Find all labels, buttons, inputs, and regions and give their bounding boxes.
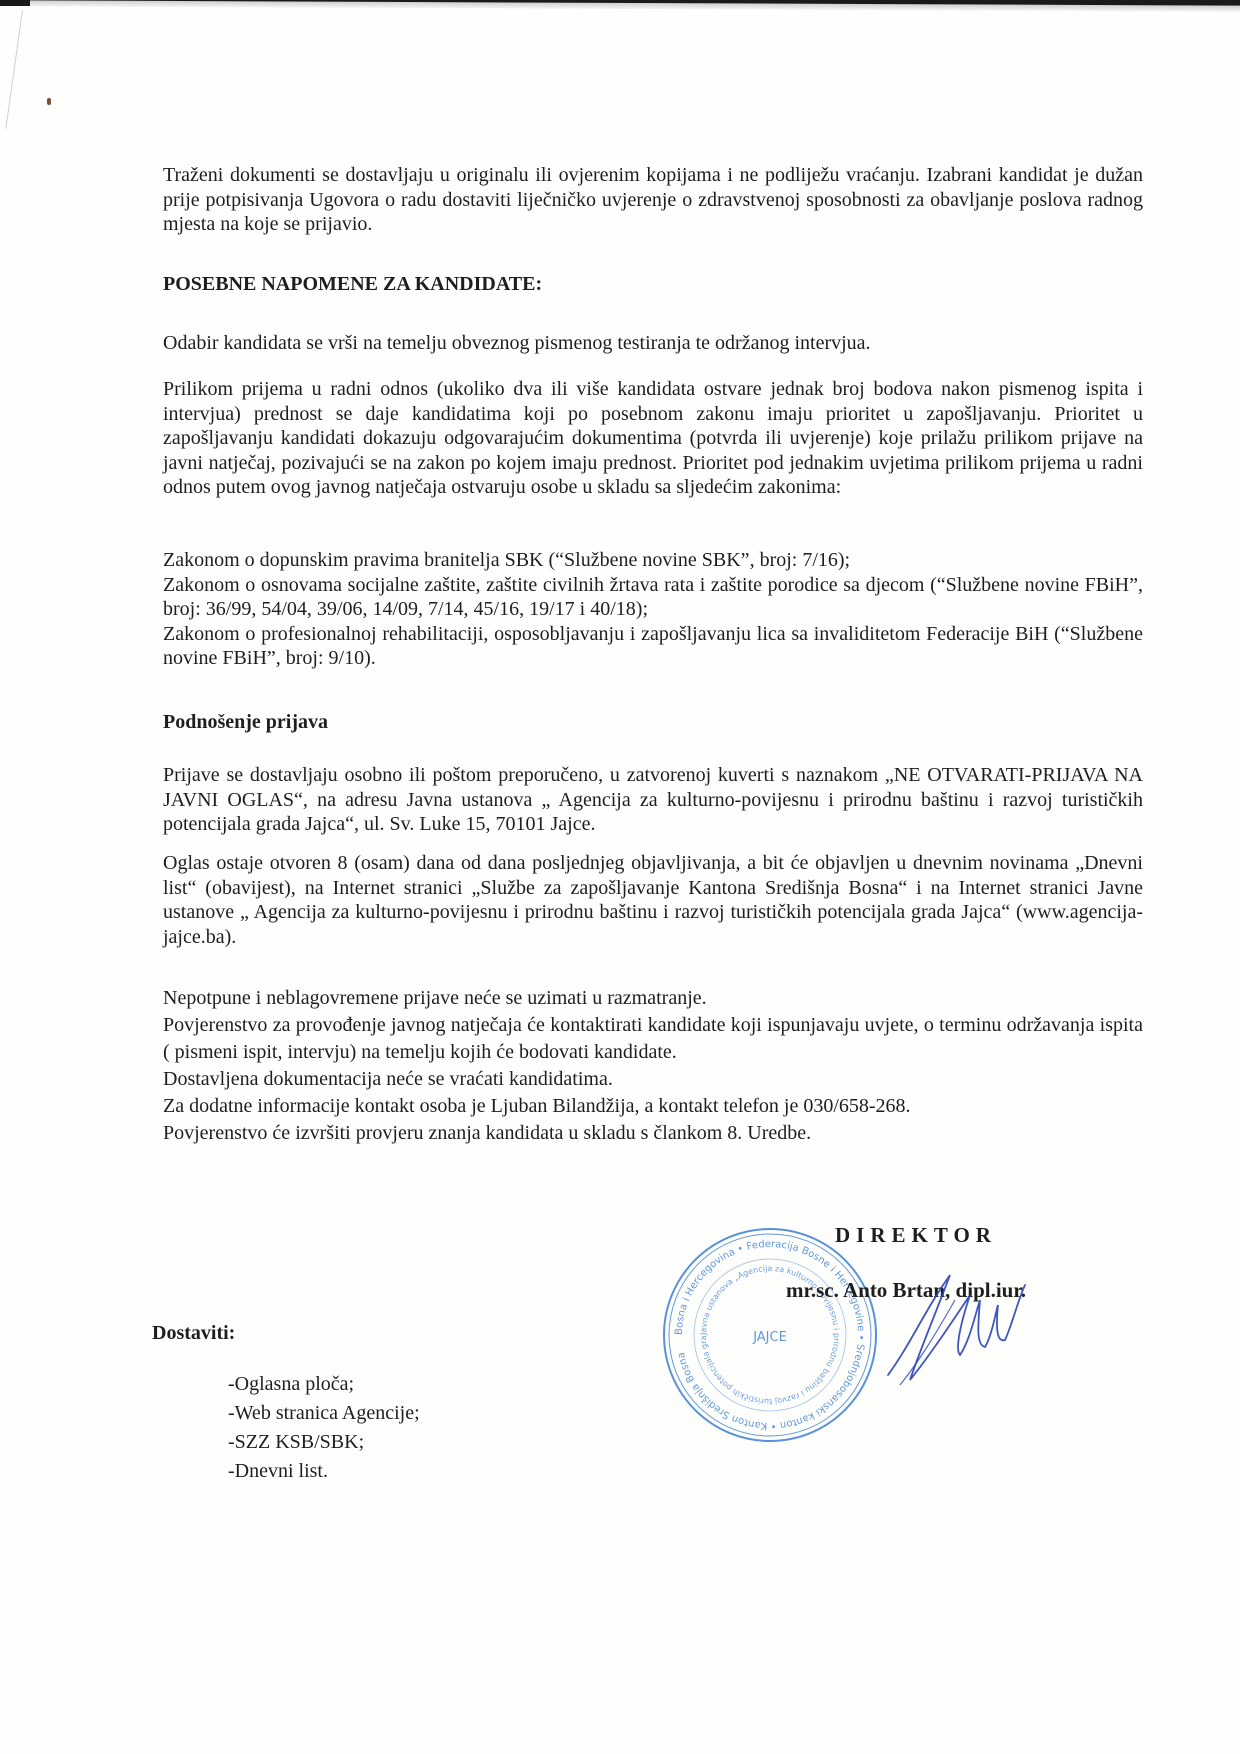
heading-submission: Podnošenje prijava [163, 710, 1143, 735]
closing-line: Povjerenstvo će izvršiti provjeru znanja… [163, 1120, 1143, 1147]
distribution-item: -SZZ KSB/SBK; [228, 1428, 420, 1457]
law-item: Zakonom o dopunskim pravima branitelja S… [163, 548, 1143, 573]
submission-paragraph: Prijave se dostavljaju osobno ili poštom… [163, 763, 1143, 837]
distribution-item: -Dnevni list. [228, 1457, 420, 1486]
official-stamp: Bosna i Hercegovina • Federacija Bosne i… [660, 1225, 880, 1445]
heading-special-notes: POSEBNE NAPOMENE ZA KANDIDATE: [163, 272, 1143, 297]
closing-line: Povjerenstvo za provođenje javnog natječ… [163, 1012, 1143, 1066]
handwritten-signature [880, 1255, 1030, 1405]
law-item: Zakonom o profesionalnoj rehabilitaciji,… [163, 622, 1143, 671]
intro-paragraph: Traženi dokumenti se dostavljaju u origi… [163, 163, 1143, 237]
distribution-item: -Web stranica Agencije; [228, 1399, 420, 1428]
priority-paragraph: Prilikom prijema u radni odnos (ukoliko … [163, 377, 1143, 500]
scan-speck [47, 98, 51, 105]
laws-list: Zakonom o dopunskim pravima branitelja S… [163, 548, 1143, 671]
closing-line: Dostavljena dokumentacija neće se vraćat… [163, 1066, 1143, 1093]
closing-line: Za dodatne informacije kontakt osoba je … [163, 1093, 1143, 1120]
scan-left-edge [5, 10, 23, 129]
stamp-center-text: JAJCE [752, 1330, 787, 1345]
distribution-list: -Oglasna ploča; -Web stranica Agencije; … [228, 1370, 420, 1486]
signatory-title: DIREKTOR [835, 1223, 997, 1248]
closing-notes: Nepotpune i neblagovremene prijave neće … [163, 985, 1143, 1147]
distribution-label: Dostaviti: [152, 1322, 235, 1345]
distribution-item: -Oglasna ploča; [228, 1370, 420, 1399]
duration-paragraph: Oglas ostaje otvoren 8 (osam) dana od da… [163, 851, 1143, 949]
law-item: Zakonom o osnovama socijalne zaštite, za… [163, 573, 1143, 622]
closing-line: Nepotpune i neblagovremene prijave neće … [163, 985, 1143, 1012]
selection-paragraph: Odabir kandidata se vrši na temelju obve… [163, 331, 1143, 356]
